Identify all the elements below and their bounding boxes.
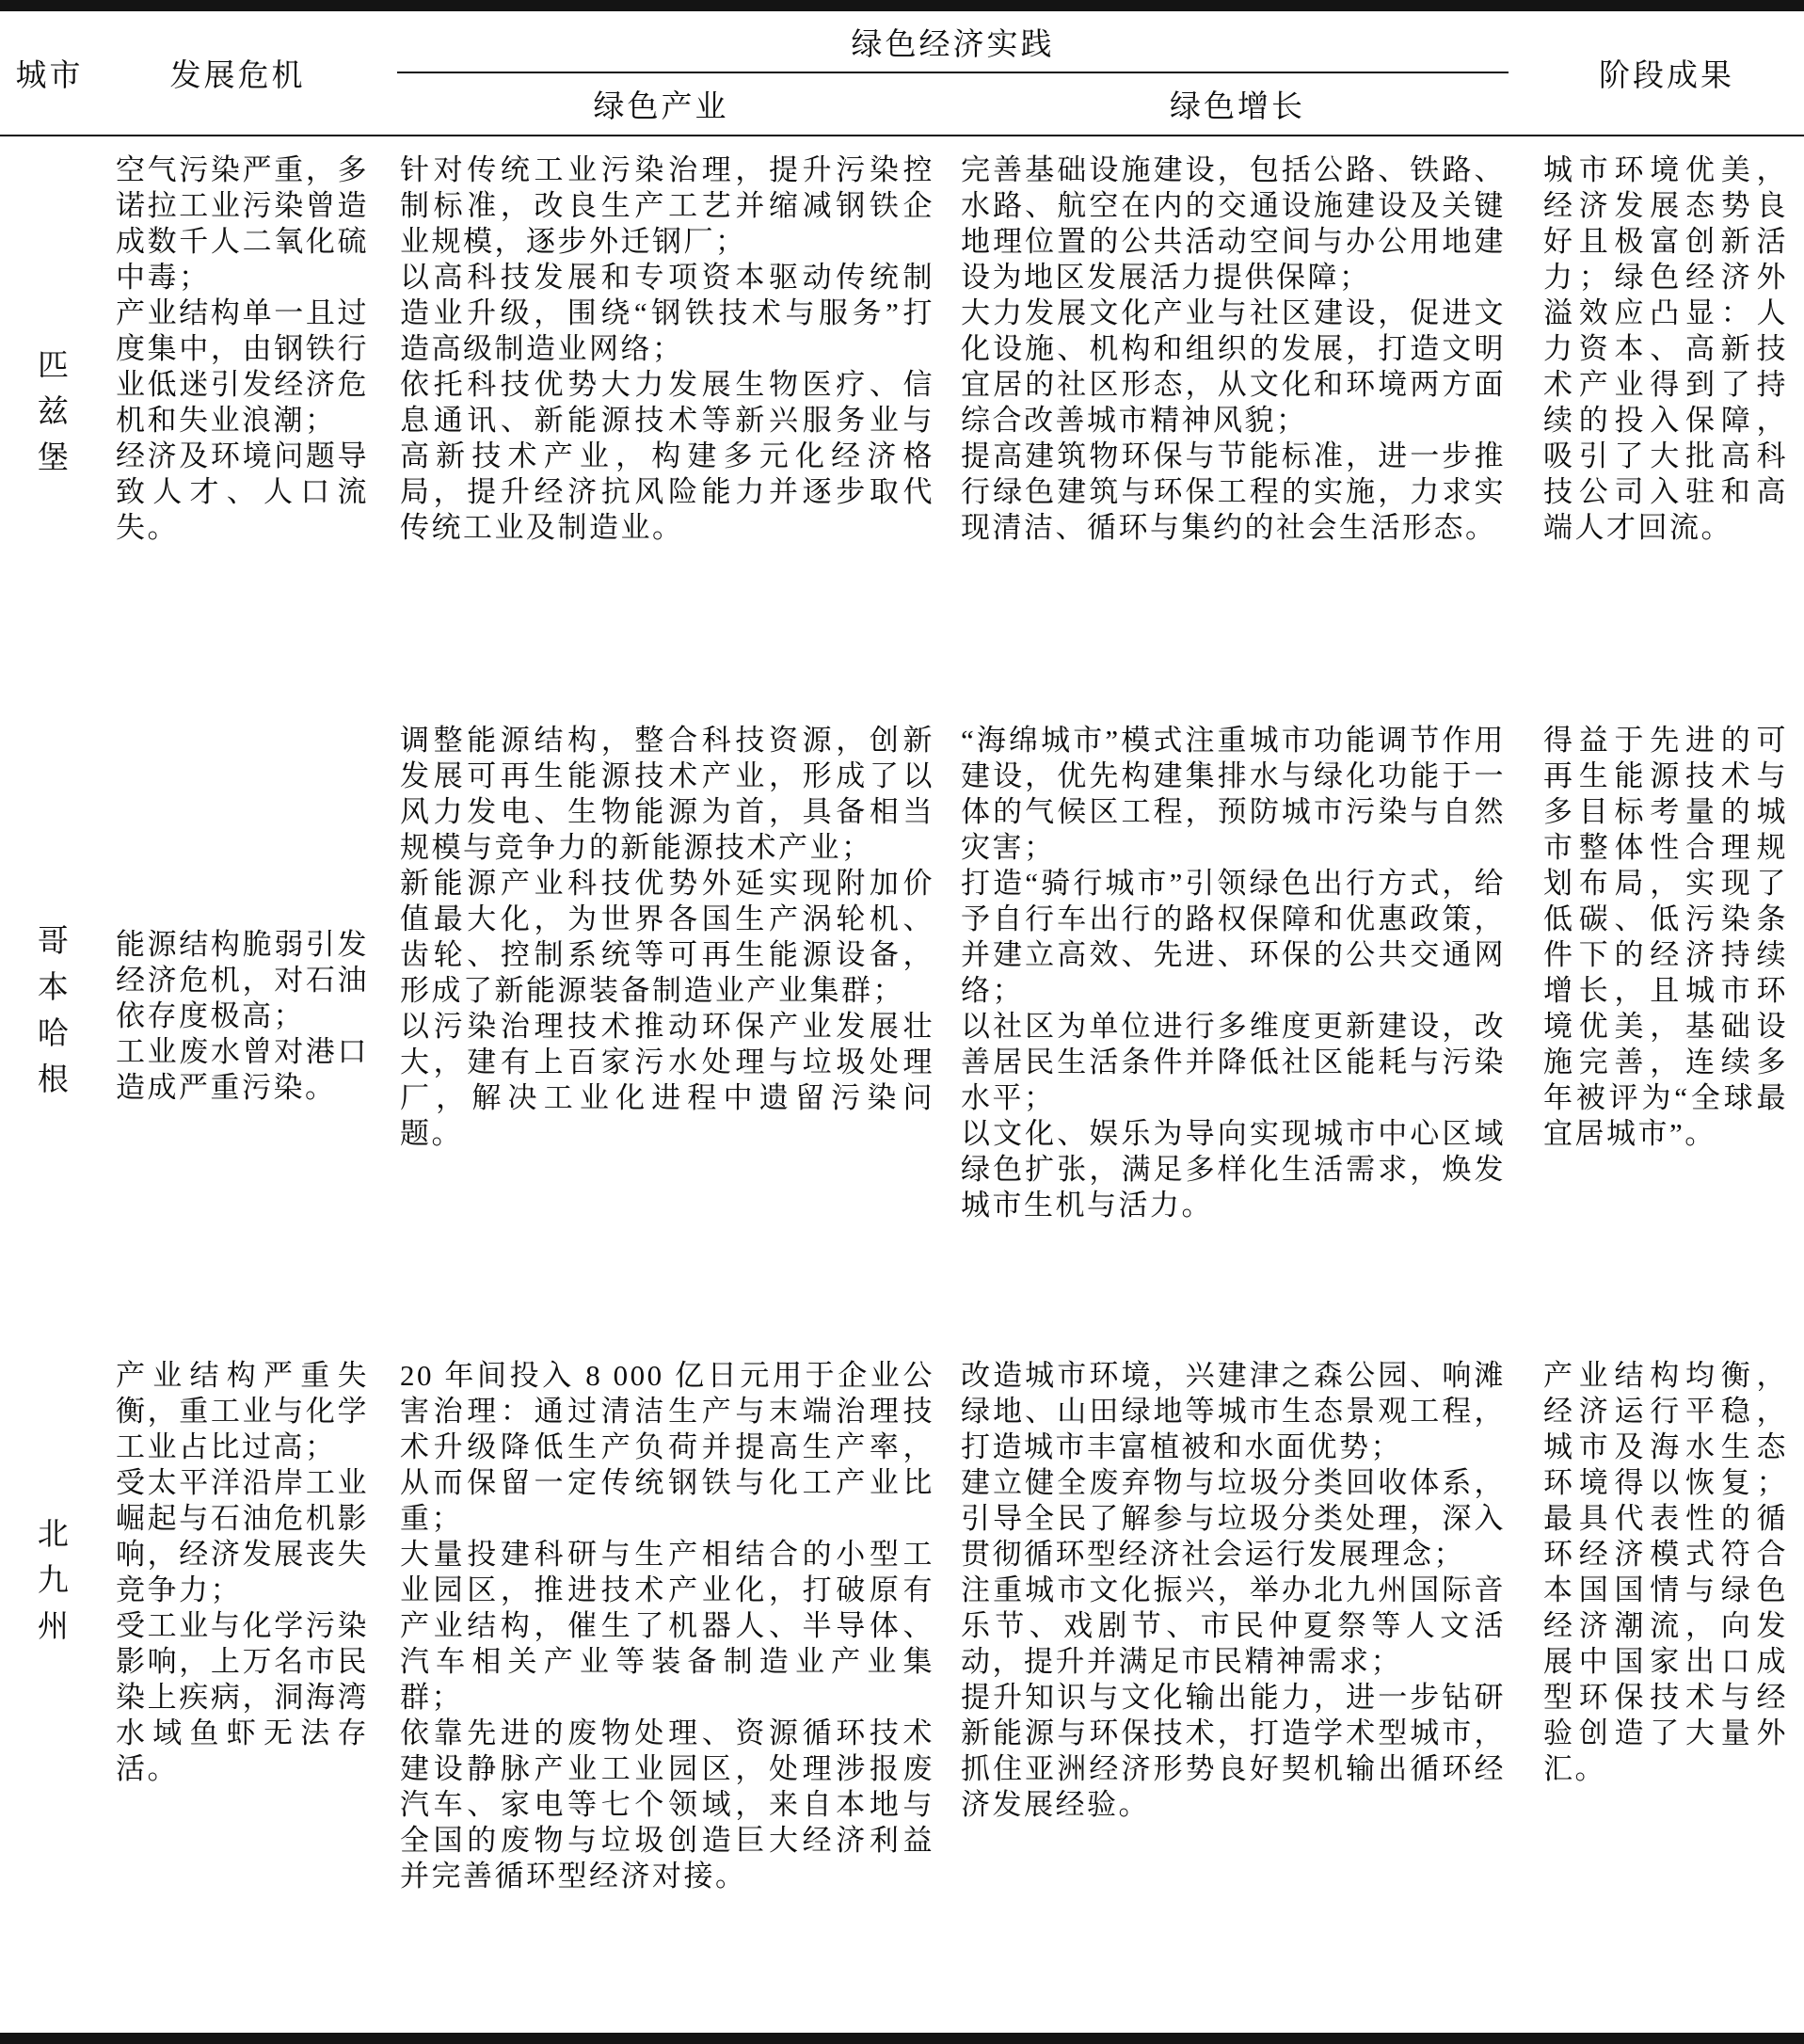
cell-paragraph: 工业废水曾对港口造成严重污染。	[116, 1034, 369, 1106]
green-growth-cell: 改造城市环境，兴建津之森公园、响滩绿地、山田绿地等城市生态景观工程，打造城市丰富…	[946, 1333, 1529, 2033]
cell-paragraph: 大量投建科研与生产相结合的小型工业园区，推进技术产业化，打破原有产业结构，催生了…	[400, 1537, 934, 1716]
cell-paragraph: 大力发展文化产业与社区建设，促进文化设施、机构和组织的发展，打造文明宜居的社区形…	[961, 295, 1506, 439]
cell-paragraph: 产业结构均衡，经济运行平稳，城市及海水生态环境得以恢复；最具代表性的循环经济模式…	[1543, 1358, 1788, 1787]
cell-paragraph: 受工业与化学污染影响，上万名市民染上疾病，洞海湾水域鱼虾无法存活。	[116, 1608, 369, 1787]
practice-subheaders: 绿色产业 绿色增长	[376, 73, 1529, 135]
city-name: 北九州	[0, 1333, 99, 2033]
cell-paragraph: 经济及环境问题导致人才、人口流失。	[116, 439, 369, 546]
results-cell: 产业结构均衡，经济运行平稳，城市及海水生态环境得以恢复；最具代表性的循环经济模式…	[1529, 1333, 1804, 2033]
cell-paragraph: 能源结构脆弱引发经济危机，对石油依存度极高；	[116, 927, 369, 1034]
cell-paragraph: 以高科技发展和专项资本驱动传统制造业升级，围绕“钢铁技术与服务”打造高级制造业网…	[400, 260, 934, 367]
cell-paragraph: 改造城市环境，兴建津之森公园、响滩绿地、山田绿地等城市生态景观工程，打造城市丰富…	[961, 1358, 1506, 1465]
crisis-cell: 产业结构严重失衡，重工业与化学工业占比过高；受太平洋沿岸工业崛起与石油危机影响，…	[99, 1333, 376, 2033]
cell-paragraph: 完善基础设施建设，包括公路、铁路、水路、航空在内的交通设施建设及关键地理位置的公…	[961, 152, 1506, 295]
green-industry-cell: 针对传统工业污染治理，提升污染控制标准，改良生产工艺并缩减钢铁企业规模，逐步外迁…	[376, 136, 946, 698]
cell-paragraph: 得益于先进的可再生能源技术与多目标考量的城市整体性合理规划布局，实现了低碳、低污…	[1543, 723, 1788, 1152]
table-row-kitakyushu: 北九州 产业结构严重失衡，重工业与化学工业占比过高；受太平洋沿岸工业崛起与石油危…	[0, 1333, 1804, 2033]
cell-paragraph: 调整能源结构，整合科技资源，创新发展可再生能源技术产业，形成了以风力发电、生物能…	[400, 723, 934, 866]
cell-paragraph: 打造“骑行城市”引领绿色出行方式，给予自行车出行的路权保障和优惠政策，并建立高效…	[961, 866, 1506, 1009]
city-name: 匹兹堡	[0, 136, 99, 698]
cell-paragraph: 空气污染严重，多诺拉工业污染曾造成数千人二氧化硫中毒；	[116, 152, 369, 295]
results-cell: 城市环境优美，经济发展态势良好且极富创新活力；绿色经济外溢效应凸显：人力资本、高…	[1529, 136, 1804, 698]
cell-paragraph: “海绵城市”模式注重城市功能调节作用建设，优先构建集排水与绿化功能于一体的气候区…	[961, 723, 1506, 866]
table-header: 城市 发展危机 绿色经济实践 绿色产业 绿色增长 阶段成果	[0, 11, 1804, 135]
green-growth-cell: 完善基础设施建设，包括公路、铁路、水路、航空在内的交通设施建设及关键地理位置的公…	[946, 136, 1529, 698]
crisis-cell: 空气污染严重，多诺拉工业污染曾造成数千人二氧化硫中毒；产业结构单一且过度集中，由…	[99, 136, 376, 698]
cell-paragraph: 新能源产业科技优势外延实现附加价值最大化，为世界各国生产涡轮机、齿轮、控制系统等…	[400, 866, 934, 1009]
city-name: 哥本哈根	[0, 698, 99, 1333]
green-growth-cell: “海绵城市”模式注重城市功能调节作用建设，优先构建集排水与绿化功能于一体的气候区…	[946, 698, 1529, 1333]
cell-paragraph: 产业结构严重失衡，重工业与化学工业占比过高；	[116, 1358, 369, 1465]
cell-paragraph: 依靠先进的废物处理、资源循环技术建设静脉产业工业园区，处理涉报废汽车、家电等七个…	[400, 1716, 934, 1894]
cell-paragraph: 以污染治理技术推动环保产业发展壮大，建有上百家污水处理与垃圾处理厂，解决工业化进…	[400, 1009, 934, 1152]
green-economy-practice-table: 城市 发展危机 绿色经济实践 绿色产业 绿色增长 阶段成果 匹兹堡 空气污染严重…	[0, 0, 1804, 2044]
cell-paragraph: 依托科技优势大力发展生物医疗、信息通讯、新能源技术等新兴服务业与高新技术产业，构…	[400, 367, 934, 546]
col-header-practice-group: 绿色经济实践	[376, 11, 1529, 72]
col-header-city: 城市	[0, 11, 99, 135]
table-row-pittsburgh: 匹兹堡 空气污染严重，多诺拉工业污染曾造成数千人二氧化硫中毒；产业结构单一且过度…	[0, 136, 1804, 698]
city-name-text: 匹兹堡	[33, 348, 66, 487]
table-row-copenhagen: 哥本哈根 能源结构脆弱引发经济危机，对石油依存度极高；工业废水曾对港口造成严重污…	[0, 698, 1804, 1333]
green-industry-cell: 20 年间投入 8 000 亿日元用于企业公害治理：通过清洁生产与末端治理技术升…	[376, 1333, 946, 2033]
col-group-green-economy-practice: 绿色经济实践 绿色产业 绿色增长	[376, 11, 1529, 135]
city-name-text: 北九州	[33, 1517, 66, 1655]
cell-paragraph: 提高建筑物环保与节能标准，进一步推行绿色建筑与环保工程的实施，力求实现清洁、循环…	[961, 439, 1506, 546]
cell-paragraph: 建立健全废弃物与垃圾分类回收体系，引导全民了解参与垃圾分类处理，深入贯彻循环型经…	[961, 1465, 1506, 1573]
cell-paragraph: 提升知识与文化输出能力，进一步钻研新能源与环保技术，打造学术型城市，抓住亚洲经济…	[961, 1680, 1506, 1823]
col-header-results: 阶段成果	[1529, 11, 1804, 135]
crisis-cell: 能源结构脆弱引发经济危机，对石油依存度极高；工业废水曾对港口造成严重污染。	[99, 698, 376, 1333]
cell-paragraph: 以社区为单位进行多维度更新建设，改善居民生活条件并降低社区能耗与污染水平；	[961, 1009, 1506, 1116]
cell-paragraph: 以文化、娱乐为导向实现城市中心区域绿色扩张，满足多样化生活需求，焕发城市生机与活…	[961, 1116, 1506, 1223]
cell-paragraph: 产业结构单一且过度集中，由钢铁行业低迷引发经济危机和失业浪潮；	[116, 295, 369, 439]
cell-paragraph: 注重城市文化振兴，举办北九州国际音乐节、戏剧节、市民仲夏祭等人文活动，提升并满足…	[961, 1573, 1506, 1680]
city-name-text: 哥本哈根	[33, 924, 66, 1109]
cell-paragraph: 城市环境优美，经济发展态势良好且极富创新活力；绿色经济外溢效应凸显：人力资本、高…	[1543, 152, 1788, 546]
cell-paragraph: 20 年间投入 8 000 亿日元用于企业公害治理：通过清洁生产与末端治理技术升…	[400, 1358, 934, 1537]
table-bottom-border	[0, 2033, 1804, 2044]
results-cell: 得益于先进的可再生能源技术与多目标考量的城市整体性合理规划布局，实现了低碳、低污…	[1529, 698, 1804, 1333]
cell-paragraph: 受太平洋沿岸工业崛起与石油危机影响，经济发展丧失竞争力；	[116, 1465, 369, 1608]
table-top-border	[0, 0, 1804, 11]
col-header-green-industry: 绿色产业	[376, 73, 946, 135]
col-header-green-growth: 绿色增长	[946, 73, 1529, 135]
cell-paragraph: 针对传统工业污染治理，提升污染控制标准，改良生产工艺并缩减钢铁企业规模，逐步外迁…	[400, 152, 934, 260]
col-header-crisis: 发展危机	[99, 11, 376, 135]
green-industry-cell: 调整能源结构，整合科技资源，创新发展可再生能源技术产业，形成了以风力发电、生物能…	[376, 698, 946, 1333]
